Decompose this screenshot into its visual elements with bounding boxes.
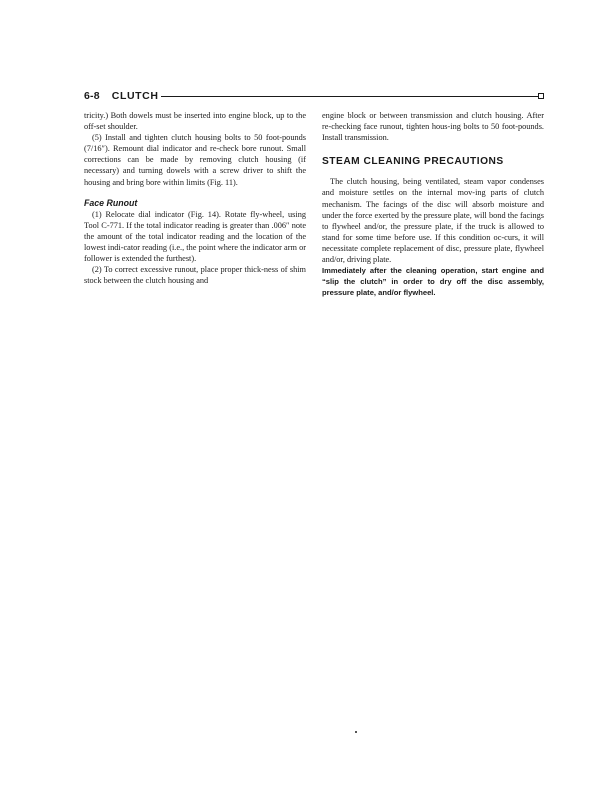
paragraph-step-5: (5) Install and tighten clutch housing b… [84,132,306,187]
section-heading-steam-cleaning: STEAM CLEANING PRECAUTIONS [322,156,544,167]
right-column: engine block or between transmission and… [322,110,544,298]
paragraph-continued: tricity.) Both dowels must be inserted i… [84,110,306,132]
header-end-box-icon [538,93,544,99]
bold-warning-note: Immediately after the cleaning operation… [322,265,544,298]
header-rule [161,96,538,97]
chapter-title: CLUTCH [112,90,159,102]
page-header: 6-8 CLUTCH [84,89,544,103]
paragraph-continued-right: engine block or between transmission and… [322,110,544,143]
page-number: 6-8 [84,90,100,102]
paragraph-step-2: (2) To correct excessive runout, place p… [84,264,306,286]
paragraph-step-1: (1) Relocate dial indicator (Fig. 14). R… [84,209,306,264]
paragraph-steam-cleaning: The clutch housing, being ventilated, st… [322,176,544,265]
subheading-face-runout: Face Runout [84,198,306,209]
scan-speck [355,731,357,733]
left-column: tricity.) Both dowels must be inserted i… [84,110,306,286]
